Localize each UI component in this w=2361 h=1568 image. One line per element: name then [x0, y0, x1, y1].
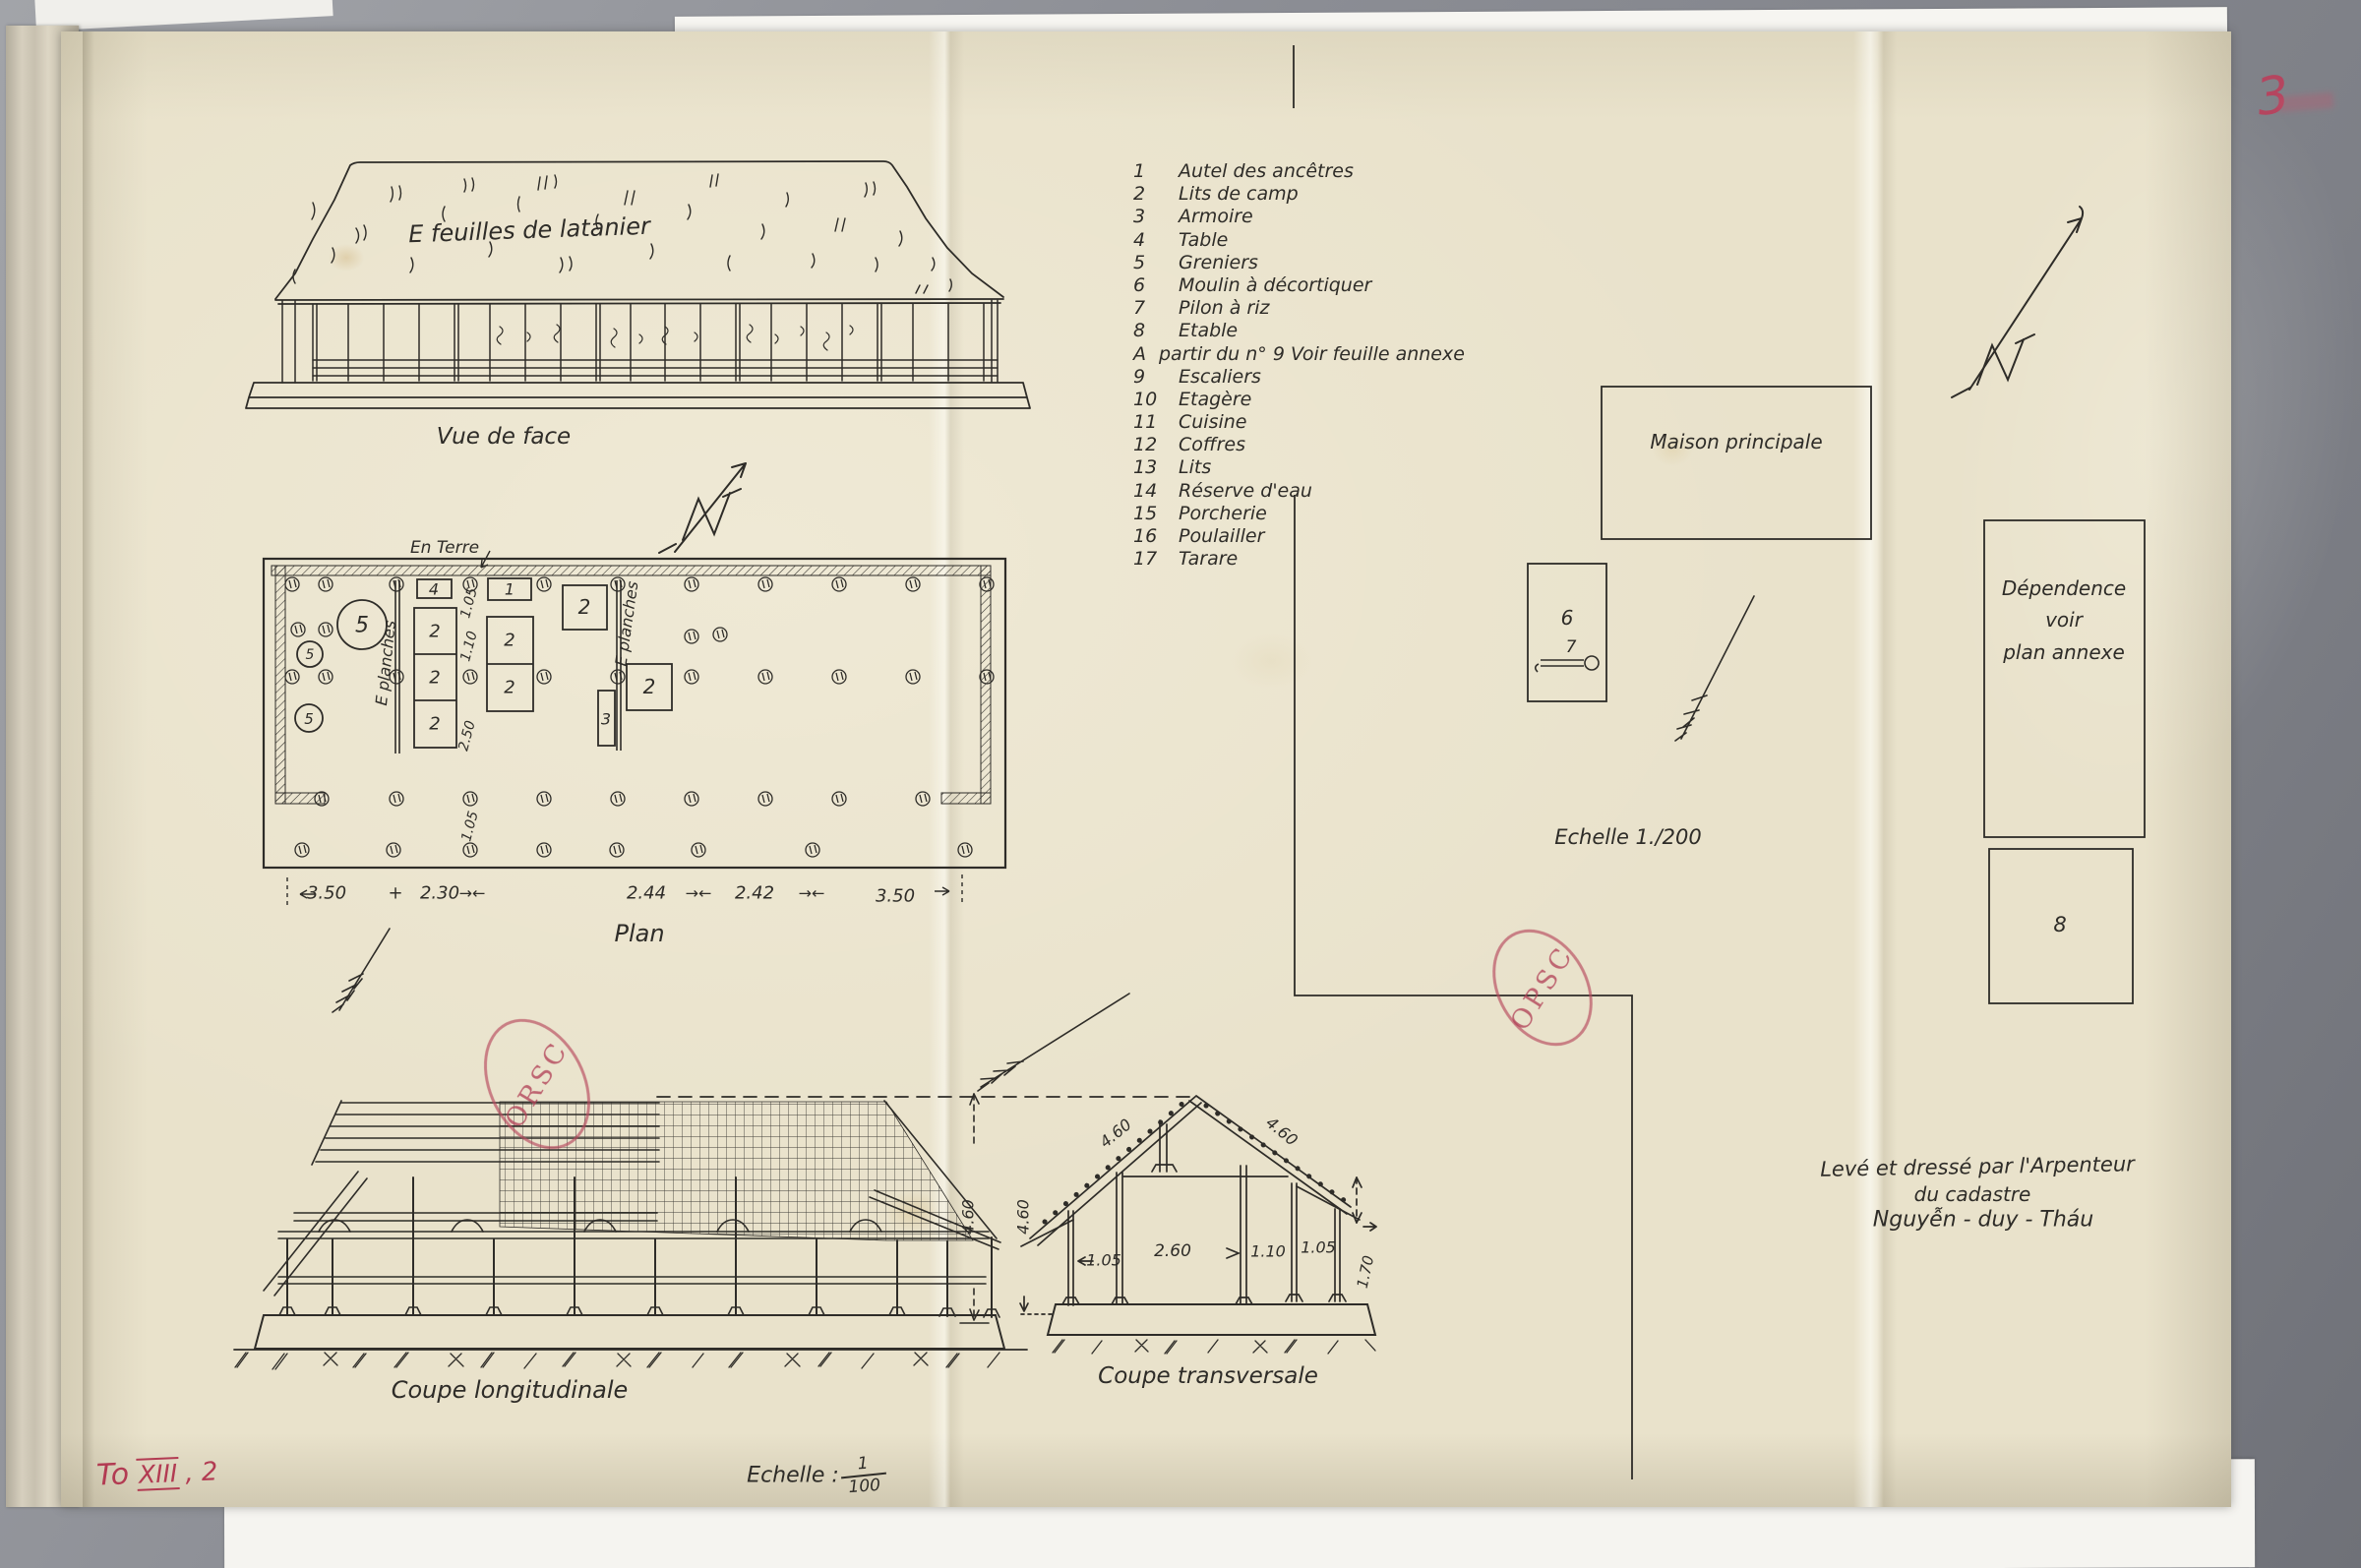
section-longitudinal-caption: Coupe longitudinale [392, 1376, 629, 1404]
legend-item-label: Cuisine [1179, 411, 1247, 434]
plan-wall-note: En Terre [410, 538, 479, 558]
archive-roman: XIII [136, 1457, 180, 1491]
stamp-text: OPSC [1505, 939, 1581, 1035]
elevation-caption: Vue de face [437, 424, 571, 450]
legend-item-number: 1 [1133, 160, 1179, 183]
north-arrow-icon [659, 463, 746, 553]
legend-item-label: Autel des ancêtres [1179, 160, 1354, 183]
legend-item-number: 17 [1133, 548, 1179, 571]
plan-dim: 2.30 [420, 883, 459, 904]
legend-item: 14Réserve d'eau [1133, 480, 1465, 503]
room-number: 2 [504, 678, 515, 698]
legend-item: 6Moulin à décortiquer [1133, 274, 1465, 297]
legend-item-label: Lits de camp [1179, 183, 1299, 206]
site-number-pestle: 7 [1566, 637, 1577, 657]
legend-item-number: 15 [1133, 503, 1179, 525]
plan-dim-separator: →← [459, 884, 486, 903]
room-number: 2 [429, 714, 440, 735]
legend-item-label: Etable [1179, 320, 1238, 342]
room-number: 2 [429, 622, 440, 642]
legend-item: 16Poulailler [1133, 525, 1465, 548]
room-number: 5 [304, 710, 314, 728]
legend-item-label: Etagère [1179, 389, 1251, 411]
legend-item: 7Pilon à riz [1133, 297, 1465, 320]
main-house-label: Maison principale [1650, 430, 1822, 453]
plan-dim-separator: + [388, 883, 402, 904]
legend-item-number: A [1133, 343, 1159, 366]
legend-item-number: 14 [1133, 480, 1179, 503]
room-number: 2 [578, 595, 591, 619]
legend-item: 15Porcherie [1133, 503, 1465, 525]
section-transversal-drawing [1020, 1096, 1376, 1354]
legend-item-number: 8 [1133, 320, 1179, 342]
section-dim: 1.05 [1086, 1251, 1121, 1270]
legend-item-number: 4 [1133, 229, 1179, 252]
plan-dim: 2.42 [735, 883, 774, 904]
legend-item-number: 10 [1133, 389, 1179, 411]
plan-dim: 3.50 [876, 886, 915, 907]
legend-item: 11Cuisine [1133, 411, 1465, 434]
legend-item-label: Coffres [1179, 434, 1245, 456]
legend-item: 3Armoire [1133, 206, 1465, 228]
legend-item: 5Greniers [1133, 252, 1465, 274]
section-dim: 1.05 [1301, 1238, 1336, 1257]
signature-line: du cadastre [1914, 1182, 2031, 1206]
annex-label-line: voir [2045, 608, 2083, 632]
legend-item: 10Etagère [1133, 389, 1465, 411]
legend-item-number: 7 [1133, 297, 1179, 320]
legend-item-label: Greniers [1179, 252, 1258, 274]
legend-item: 12Coffres [1133, 434, 1465, 456]
legend-item: 2Lits de camp [1133, 183, 1465, 206]
legend-item-number: 3 [1133, 206, 1179, 228]
legend-item: 13Lits [1133, 456, 1465, 479]
legend-item-label: Armoire [1179, 206, 1253, 228]
section-dim: 1.10 [1250, 1242, 1286, 1261]
legend-item-label: Porcherie [1179, 503, 1267, 525]
room-number: 3 [601, 710, 611, 729]
legend-item-number: 9 [1133, 366, 1179, 389]
legend-item-number: 16 [1133, 525, 1179, 548]
signature-line: Nguyễn - duy - Tháu [1873, 1208, 2093, 1233]
room-number: 1 [505, 580, 515, 599]
room-number: 2 [504, 631, 515, 651]
plan-dim-separator: →← [686, 884, 712, 903]
room-number: 2 [429, 668, 440, 689]
legend-item-label: Moulin à décortiquer [1179, 274, 1371, 297]
site-scale-label: Echelle 1./200 [1554, 825, 1702, 849]
legend-item: 4Table [1133, 229, 1465, 252]
plan-caption: Plan [614, 920, 664, 947]
legend-item-label: Réserve d'eau [1179, 480, 1312, 503]
legend-item-number: 12 [1133, 434, 1179, 456]
scanned-architectural-drawing: E feuilles de latanier Vue de face En Te… [0, 0, 2361, 1568]
legend-item-label: Lits [1179, 456, 1211, 479]
scale-denominator: 100 [848, 1478, 881, 1496]
site-number-stable: 8 [2053, 913, 2066, 936]
legend-item-label: Table [1179, 229, 1228, 252]
site-number-mill: 6 [1561, 606, 1574, 630]
elevation-drawing [246, 161, 1030, 408]
legend-item-label: partir du n° 9 Voir feuille annexe [1159, 343, 1465, 366]
legend-list: 1Autel des ancêtres 2Lits de camp 3Armoi… [1133, 160, 1465, 571]
legend-item-label: Pilon à riz [1179, 297, 1269, 320]
legend-item-label: Poulailler [1179, 525, 1264, 548]
scale-note-fraction: 1 100 [840, 1454, 888, 1496]
legend-item-number: 11 [1133, 411, 1179, 434]
north-arrow-icon [1952, 207, 2083, 397]
legend-item-number: 13 [1133, 456, 1179, 479]
legend-item-number: 5 [1133, 252, 1179, 274]
section-transversal-caption: Coupe transversale [1098, 1363, 1318, 1389]
scale-note-label: Echelle : [747, 1464, 839, 1488]
legend-item: 8Etable [1133, 320, 1465, 342]
scale-numerator: 1 [857, 1456, 869, 1474]
room-number: 2 [643, 675, 656, 698]
annex-label-line: plan annexe [2003, 640, 2125, 664]
legend-item: Apartir du n° 9 Voir feuille annexe [1133, 343, 1465, 366]
archive-suffix: , 2 [185, 1457, 218, 1487]
archive-prefix: To [95, 1457, 129, 1492]
section-dim: 2.60 [1154, 1241, 1191, 1261]
room-number: 5 [306, 647, 315, 663]
stamp-text: ORSC [500, 1035, 575, 1133]
section-dim: 4.60 [959, 1199, 978, 1235]
annex-label-line: Dépendence [2002, 576, 2126, 600]
plan-dim: 2.44 [627, 883, 666, 904]
legend-item: 17Tarare [1133, 548, 1465, 571]
room-number: 4 [429, 580, 439, 599]
legend-item: 9Escaliers [1133, 366, 1465, 389]
legend-item: 1Autel des ancêtres [1133, 160, 1465, 183]
legend-item-label: Escaliers [1179, 366, 1261, 389]
plan-dim: 3.50 [307, 883, 346, 904]
legend-item-label: Tarare [1179, 548, 1238, 571]
legend-item-number: 2 [1133, 183, 1179, 206]
plan-dim-separator: →← [799, 884, 825, 903]
archive-reference: ToXIII, 2 [95, 1453, 218, 1492]
section-dim: 4.60 [1014, 1199, 1033, 1235]
legend-item-number: 6 [1133, 274, 1179, 297]
room-number: 5 [355, 614, 369, 638]
